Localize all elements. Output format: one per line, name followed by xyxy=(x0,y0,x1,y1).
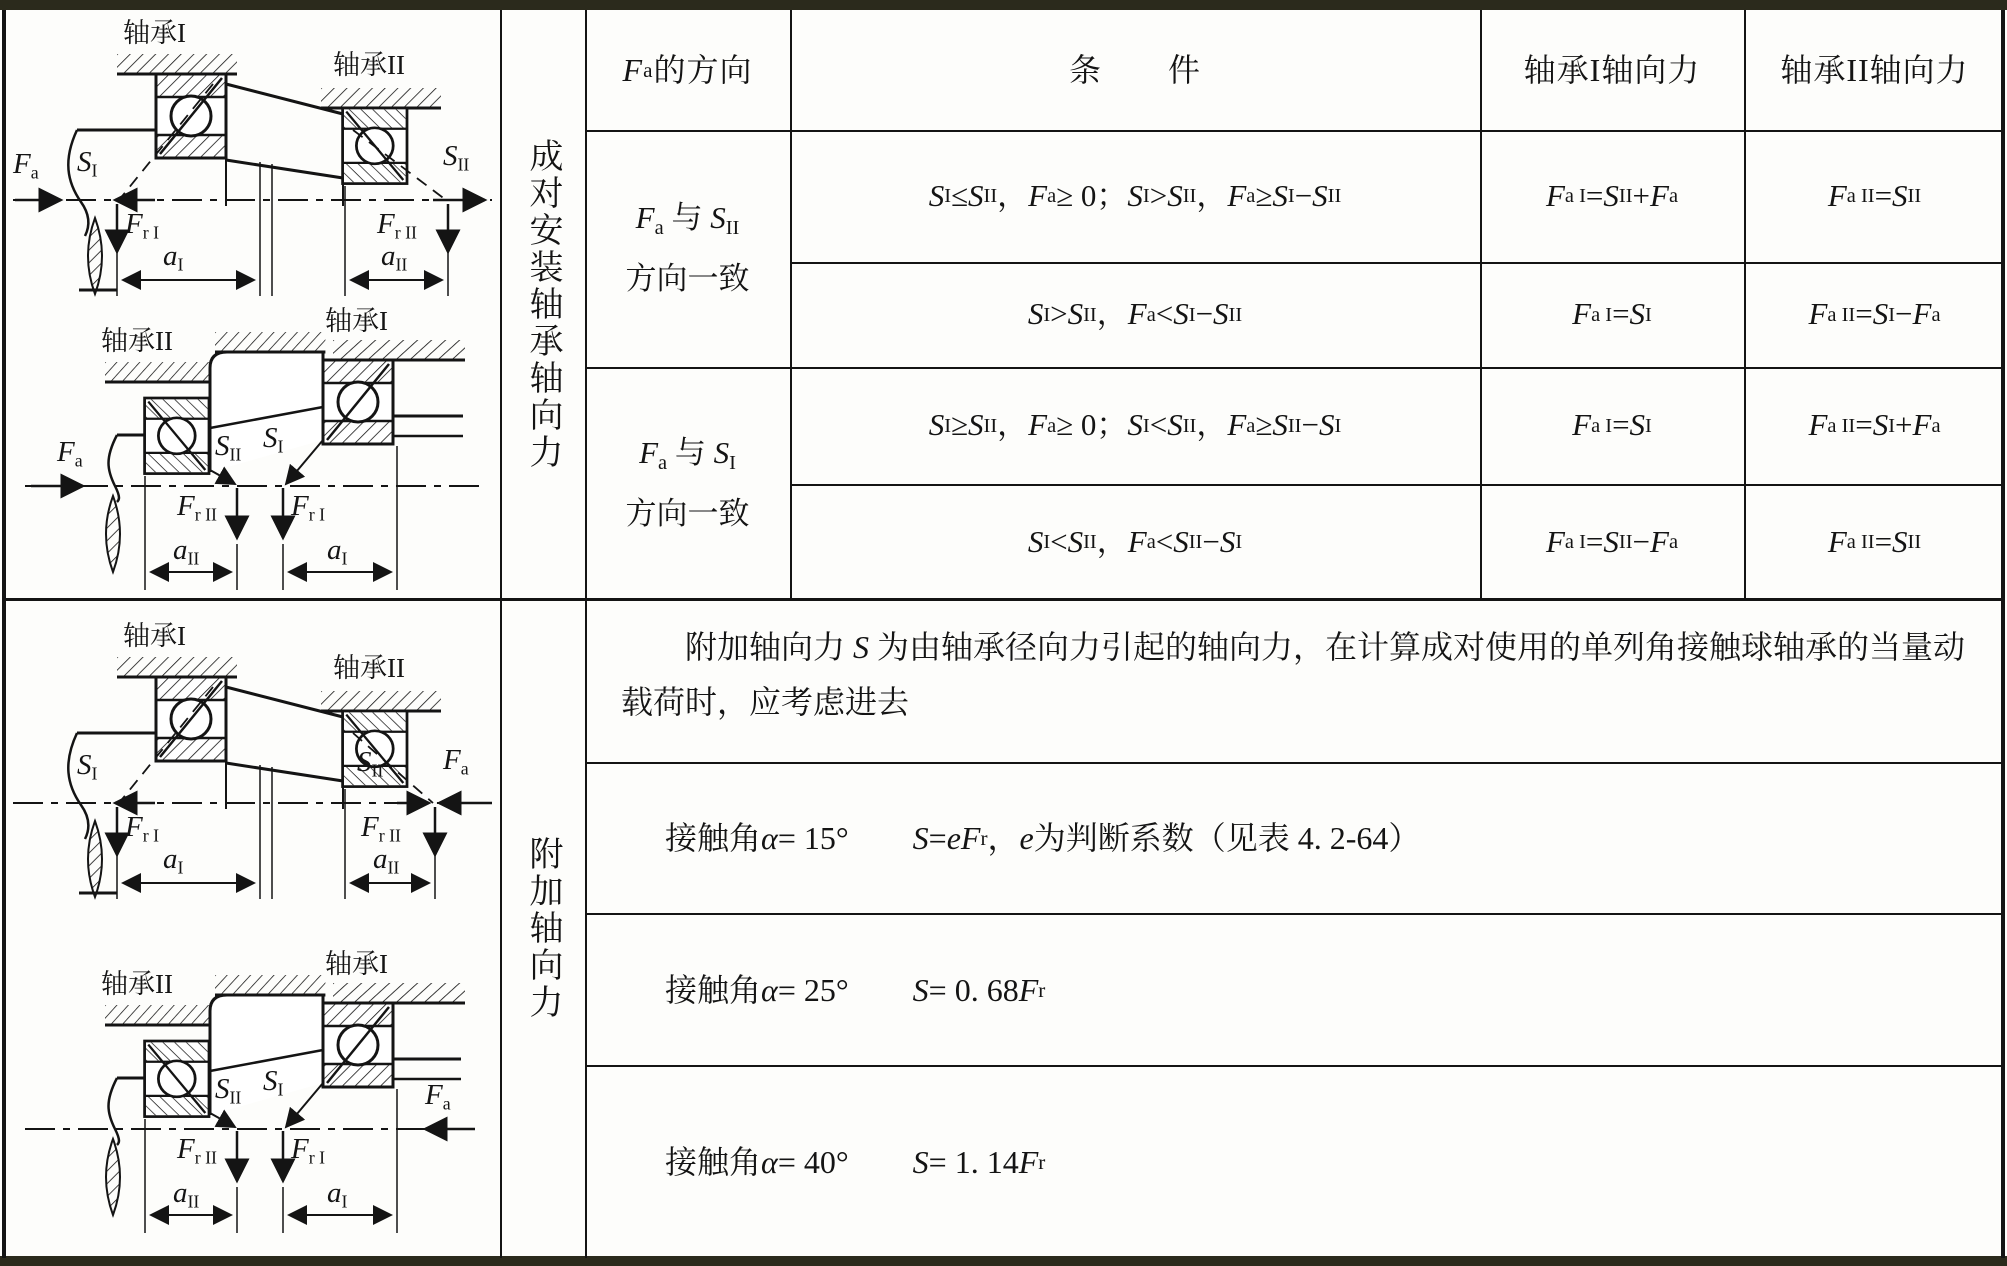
header-bearing1-axial-force: 轴承I轴向力 xyxy=(1482,12,1742,128)
bearing-2-symbol xyxy=(145,1041,209,1117)
bearing-1-symbol xyxy=(323,1003,393,1087)
row4-condition: SI < SII，Fa < SII − SI xyxy=(792,486,1478,598)
housing-hatch xyxy=(105,1005,213,1025)
a2-label: aII xyxy=(373,845,399,874)
group1-label: Fa 与 SII 方向一致 xyxy=(587,132,788,365)
bearing1-label: 轴承I xyxy=(325,308,388,335)
housing-hatch xyxy=(321,88,441,108)
fa-label: Fa xyxy=(13,150,39,179)
group1-label-line1: Fa 与 SII xyxy=(636,188,740,248)
shaft-break-hatch xyxy=(106,496,120,572)
housing-hatch xyxy=(321,691,441,711)
a2-label: aII xyxy=(381,242,407,271)
shaft-break xyxy=(109,435,120,502)
contact-angle-25-row: 接触角 α = 25° S = 0. 68Fr xyxy=(587,915,2003,1065)
bearing1-label: 轴承I xyxy=(123,623,186,650)
header-fa-direction: Fa 的方向 xyxy=(587,12,788,128)
row2-condition: SI > SII，Fa < SI − SII xyxy=(792,264,1478,365)
fr2-label: Fr II xyxy=(377,210,417,239)
s2-label: SII xyxy=(357,748,383,777)
bearing2-label: 轴承II xyxy=(101,971,173,998)
contact-angle-40-row: 接触角 α = 40° S = 1. 14Fr xyxy=(587,1067,2003,1256)
side-label-additional-axial-force: 附加轴向力 xyxy=(502,600,583,1256)
a2-label: aII xyxy=(173,536,199,565)
note-text: 附加轴向力 S 为由轴承径向力引起的轴向力，在计算成对使用的单列角接触球轴承的当… xyxy=(621,620,1973,730)
bearing1-label: 轴承I xyxy=(123,20,186,47)
row4-bearing2-force: Fa II = SII xyxy=(1746,486,2003,598)
scanned-handbook-table: 成对安装轴承轴向力 附加轴向力 Fa 的方向 条 件 轴承I轴向力 轴承II轴向… xyxy=(0,0,2007,1266)
bearing-2-symbol xyxy=(145,398,209,474)
diagram-face-to-face-fa-right: 轴承II 轴承I Fa SII SI Fr II Fr I aII aI xyxy=(5,935,498,1256)
row1-bearing2-force: Fa II = SII xyxy=(1746,132,2003,260)
fr1-label: Fr I xyxy=(125,813,159,842)
diagram-face-to-face-fa-left: 轴承II 轴承I Fa SII SI Fr II Fr I aII aI xyxy=(5,300,498,596)
row2-bearing2-force: Fa II = SI − Fa xyxy=(1746,264,2003,365)
s2-leader xyxy=(210,470,235,484)
fr1-label: Fr I xyxy=(125,210,159,239)
row3-bearing1-force: Fa I = SI xyxy=(1482,369,1742,482)
s1-label: SI xyxy=(263,1067,283,1096)
a1-label: aI xyxy=(163,242,183,271)
fa-label: Fa xyxy=(57,438,83,467)
header-condition: 条 件 xyxy=(792,12,1478,128)
s2-label: SII xyxy=(215,432,241,461)
side-label-paired-bearings: 成对安装轴承轴向力 xyxy=(502,12,583,596)
bearing-1-symbol xyxy=(156,74,226,158)
bearing1-label: 轴承I xyxy=(325,951,388,978)
diagram-back-to-back-fa-right: 轴承I 轴承II SI SII Fa Fr I Fr II aI aII xyxy=(5,600,498,933)
group2-label-line2: 方向一致 xyxy=(626,484,750,544)
shaft-break-hatch xyxy=(106,1139,120,1215)
housing-hatch xyxy=(105,362,213,382)
row2-bearing1-force: Fa I = SI xyxy=(1482,264,1742,365)
fa-label: Fa xyxy=(425,1081,451,1110)
fr1-label: Fr I xyxy=(291,492,325,521)
housing-hatch xyxy=(333,983,465,1003)
group1-label-line2: 方向一致 xyxy=(626,249,750,309)
row4-bearing1-force: Fa I = SII − Fa xyxy=(1482,486,1742,598)
fr1-label: Fr I xyxy=(291,1135,325,1164)
a1-label: aI xyxy=(327,1179,347,1208)
row3-bearing2-force: Fa II = SI + Fa xyxy=(1746,369,2003,482)
s1-label: SI xyxy=(77,751,97,780)
shaft-break xyxy=(109,1078,120,1145)
bearing-1-symbol xyxy=(323,360,393,444)
row3-condition: SI ≥ SII，Fa ≥ 0；SI < SII，Fa ≥ SII − SI xyxy=(792,369,1478,482)
group2-label-line1: Fa 与 SI xyxy=(639,423,736,483)
scan-edge-bottom xyxy=(0,1256,2007,1266)
row1-bearing1-force: Fa I = SII + Fa xyxy=(1482,132,1742,260)
bearing2-label: 轴承II xyxy=(333,655,405,682)
group2-label: Fa 与 SI 方向一致 xyxy=(587,369,788,598)
shaft-break-hatch xyxy=(88,218,102,294)
bearing2-label: 轴承II xyxy=(333,52,405,79)
housing-hatch xyxy=(117,54,237,74)
s2-leader xyxy=(210,1113,235,1127)
s2-label: SII xyxy=(215,1075,241,1104)
fr2-label: Fr II xyxy=(177,1135,217,1164)
bearing-1-symbol xyxy=(156,677,226,761)
additional-force-note: 附加轴向力 S 为由轴承径向力引起的轴向力，在计算成对使用的单列角接触球轴承的当… xyxy=(587,600,2003,762)
s1-label: SI xyxy=(77,148,97,177)
shaft-break-hatch xyxy=(88,821,102,897)
diagram-back-to-back-fa-left: 轴承I 轴承II Fa SI SII Fr I Fr II aI aII xyxy=(5,12,498,298)
fr2-label: Fr II xyxy=(361,813,401,842)
housing-hatch xyxy=(215,332,325,352)
contact-angle-15-row: 接触角 α = 15° S = eFr，e 为判断系数（见表 4. 2-64） xyxy=(587,764,2003,911)
scan-edge-top xyxy=(0,0,2007,10)
a2-label: aII xyxy=(173,1179,199,1208)
s1-label: SI xyxy=(263,424,283,453)
row1-condition: SI ≤ SII，Fa ≥ 0；SI > SII，Fa ≥ SI − SII xyxy=(792,132,1478,260)
fa-label: Fa xyxy=(443,746,469,775)
header-bearing2-axial-force: 轴承II轴向力 xyxy=(1746,12,2003,128)
s2-label: SII xyxy=(443,142,469,171)
bearing2-label: 轴承II xyxy=(101,328,173,355)
fr2-label: Fr II xyxy=(177,492,217,521)
a1-label: aI xyxy=(163,845,183,874)
a1-label: aI xyxy=(327,536,347,565)
housing-hatch xyxy=(215,975,325,995)
housing-hatch xyxy=(333,340,465,360)
housing-hatch xyxy=(117,657,237,677)
